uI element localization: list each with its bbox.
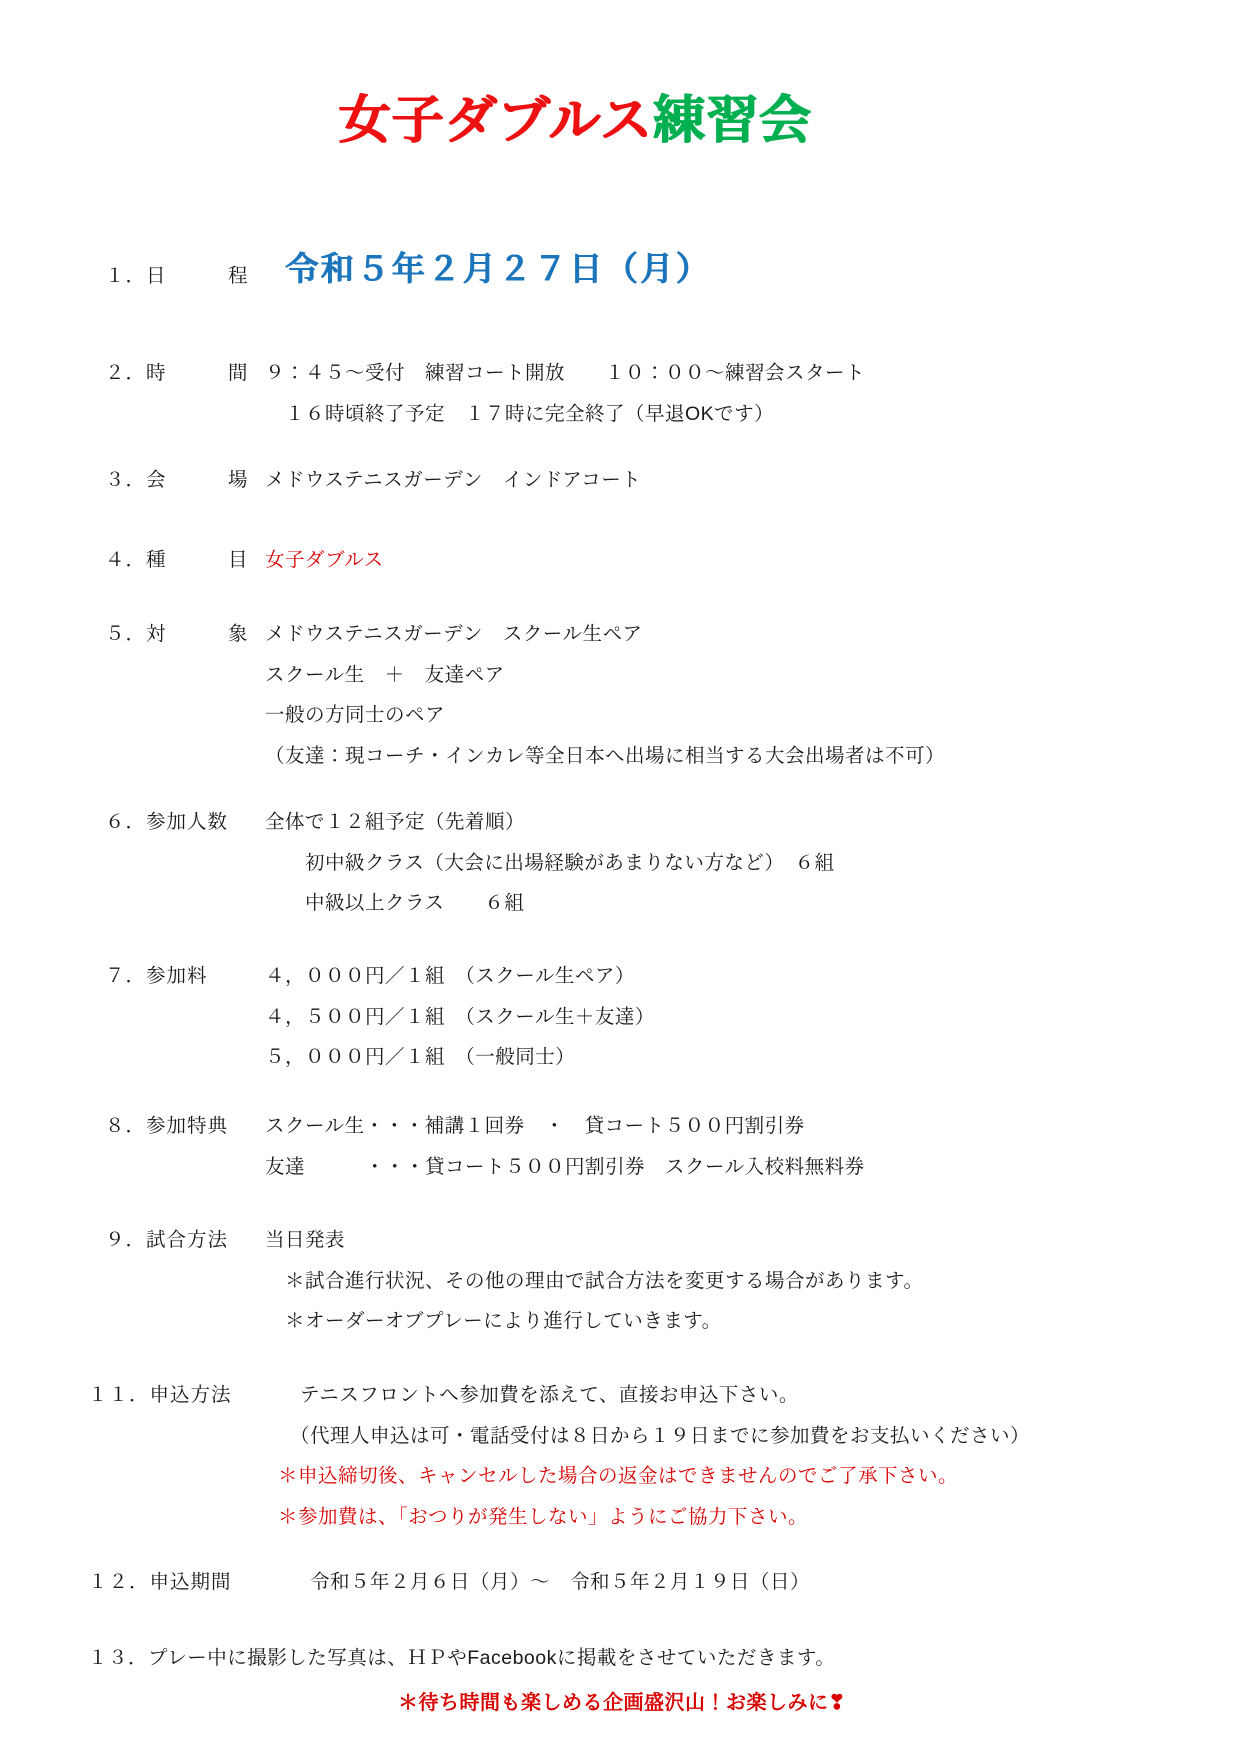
eligibility-line: メドウステニスガーデン スクール生ペア <box>265 614 945 655</box>
section-eligibility-label: ５．対 象 <box>105 614 249 654</box>
venue-line: メドウステニスガーデン インドアコート <box>265 460 641 501</box>
capacity-class-line: 中級以上クラス ６組 <box>265 883 835 924</box>
event-date: 令和５年２月２７日（月） <box>265 246 711 292</box>
flyer-page: 女子ダブルス練習会 １．日 程 令和５年２月２７日（月） ２．時 間 ９：４５～… <box>0 0 1241 1755</box>
time-line: １６時頃終了予定 １７時に完全終了（早退OKです） <box>265 394 865 435</box>
footer-note: ＊待ち時間も楽しめる企画盛沢山！お楽しみに❣ <box>398 1686 846 1715</box>
application-line: テニスフロントへ参加費を添えて、直接お申込下さい。 <box>278 1375 1030 1416</box>
match-format-note: ＊オーダーオブプレーにより進行していきます。 <box>265 1301 923 1342</box>
match-format-line: 当日発表 <box>265 1220 923 1261</box>
section-time-label: ２．時 間 <box>105 353 249 393</box>
event-type-line: 女子ダブルス <box>265 540 384 581</box>
application-line: （代理人申込は可・電話受付は８日から１９日までに参加費をお支払いください） <box>278 1416 1030 1457</box>
eligibility-line: スクール生 ＋ 友達ペア <box>265 655 945 696</box>
fee-line: ５，０００円／１組 （一般同士） <box>265 1037 655 1078</box>
section-match-format-label: ９．試合方法 <box>105 1220 228 1260</box>
application-warning: ＊参加費は、「おつりが発生しない」ようにご協力下さい。 <box>278 1497 1030 1538</box>
benefit-line: 友達 ・・・貸コート５００円割引券 スクール入校料無料券 <box>265 1147 865 1188</box>
title-red-part: 女子ダブルス <box>338 92 652 150</box>
eligibility-note: （友達：現コーチ・インカレ等全日本へ出場に相当する大会出場者は不可） <box>265 736 945 777</box>
page-title: 女子ダブルス練習会 <box>338 78 811 153</box>
capacity-line: 全体で１２組予定（先着順） <box>265 802 835 843</box>
title-green-part: 練習会 <box>652 92 811 150</box>
fee-line: ４，５００円／１組 （スクール生＋友達） <box>265 997 655 1038</box>
section-application-method-label: １１．申込方法 <box>88 1375 232 1415</box>
time-line: ９：４５～受付 練習コート開放 １０：００～練習会スタート <box>265 353 865 394</box>
application-warning: ＊申込締切後、キャンセルした場合の返金はできませんのでご了承下さい。 <box>278 1456 1030 1497</box>
section-capacity-label: ６．参加人数 <box>105 802 228 842</box>
match-format-note: ＊試合進行状況、その他の理由で試合方法を変更する場合があります。 <box>265 1261 923 1302</box>
section-venue-label: ３．会 場 <box>105 460 249 500</box>
eligibility-line: 一般の方同士のペア <box>265 695 945 736</box>
fee-line: ４，０００円／１組 （スクール生ペア） <box>265 956 655 997</box>
capacity-class-line: 初中級クラス（大会に出場経験があまりない方など） ６組 <box>265 843 835 884</box>
section-benefits-label: ８．参加特典 <box>105 1106 228 1146</box>
photo-notice-line: １３．プレー中に撮影した写真は、ＨＰやFacebookに掲載をさせていただきます… <box>88 1638 835 1678</box>
application-period-line: 令和５年２月６日（月）～ 令和５年２月１９日（日） <box>310 1562 810 1603</box>
section-event-type-label: ４．種 目 <box>105 540 249 580</box>
section-date-label: １．日 程 <box>105 256 249 296</box>
benefit-line: スクール生・・・補講１回券 ・ 貸コート５００円割引券 <box>265 1106 865 1147</box>
section-application-period-label: １２．申込期間 <box>88 1562 232 1602</box>
section-fee-label: ７．参加料 <box>105 956 208 996</box>
